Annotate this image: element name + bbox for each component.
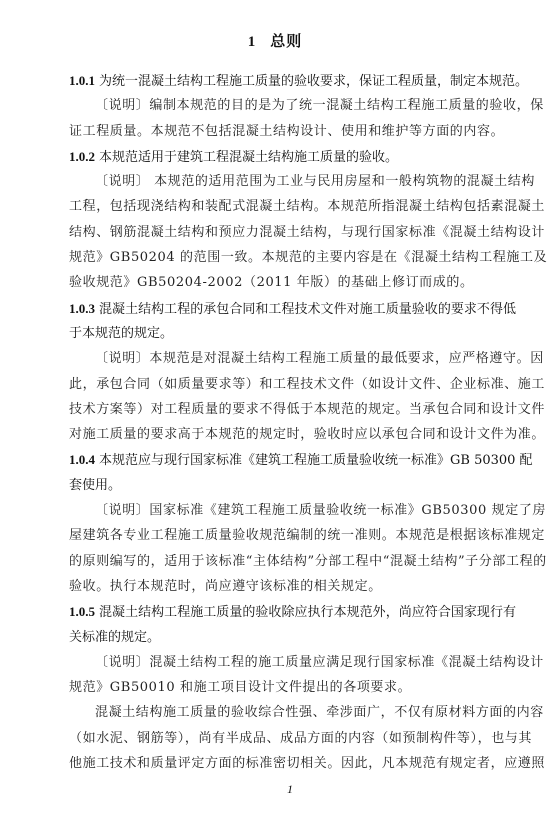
text-line: 于本规范的规定。 [69,321,516,346]
clause-line: 1.0.5混凝土结构工程施工质量的验收除应执行本规范外，尚应符合国家现行有 [69,599,516,624]
clause-line: 1.0.3混凝土结构工程的承包合同和工程技术文件对施工质量验收的要求不得低 [69,296,516,321]
line-text: 的原则编写的，适用于该标准“主体结构”分部工程中“混凝土结构”子分部工程的 [69,554,547,569]
line-text: 技术方案等）对工程质量的要求不得低于本规范的规定。当承包合同和设计文件 [69,402,545,417]
line-text: 于本规范的规定。 [69,326,173,341]
explanation-line: 此，承包合同（如质量要求等）和工程技术文件（如设计文件、企业标准、施工 [69,372,516,397]
explanation-line: 混凝土结构施工质量的验收综合性强、牵涉面广，不仅有原材料方面的内容 [69,700,516,725]
line-text: 结构、钢筋混凝土结构和预应力混凝土结构，与现行国家标准《混凝土结构设计 [69,225,545,240]
line-text: 对施工质量的要求高于本规范的规定时，验收时应以承包合同和设计文件为准。 [69,427,545,442]
explanation-line: 的原则编写的，适用于该标准“主体结构”分部工程中“混凝土结构”子分部工程的 [69,549,516,574]
explanation-line: 他施工技术和质量评定方面的标准密切相关。因此，凡本规范有规定者，应遵照 [69,751,516,776]
explanation-line: 结构、钢筋混凝土结构和预应力混凝土结构，与现行国家标准《混凝土结构设计 [69,220,516,245]
line-text: 混凝土结构工程的承包合同和工程技术文件对施工质量验收的要求不得低 [99,302,516,317]
line-text: 验收。执行本规范时，尚应遵守该标准的相关规定。 [69,579,382,594]
clause-number: 1.0.4 [69,452,95,467]
chapter-title-text: 总则 [270,32,302,50]
line-text: 混凝土结构工程施工质量的验收除应执行本规范外，尚应符合国家现行有 [99,605,516,620]
line-text: 规范》GB50204 的范围一致。本规范的主要内容是在《混凝土结构工程施工及 [69,250,547,265]
explanation-line: 〔说明〕混凝土结构工程的施工质量应满足现行国家标准《混凝土结构设计 [69,650,516,675]
line-text: 关标准的规定。 [69,630,160,645]
clause-line: 1.0.2本规范适用于建筑工程混凝土结构施工质量的验收。 [69,144,516,169]
line-text: 为统一混凝土结构工程施工质量的验收要求，保证工程质量，制定本规范。 [99,74,528,89]
explanation-line: 〔说明〕编制本规范的目的是为了统一混凝土结构工程施工质量的验收，保 [69,93,516,118]
clause-number: 1.0.1 [69,73,95,88]
line-text: 本规范适用于建筑工程混凝土结构施工质量的验收。 [99,150,398,165]
line-text: 套使用。 [69,478,121,493]
explanation-line: （如水泥、钢筋等），尚有半成品、成品方面的内容（如预制构件等），也与其 [69,726,516,751]
explanation-line: 工程，包括现浇结构和装配式混凝土结构。本规范所指混凝土结构包括素混凝土 [69,194,516,219]
line-text: 〔说明〕混凝土结构工程的施工质量应满足现行国家标准《混凝土结构设计 [95,655,544,670]
text-line: 关标准的规定。 [69,625,516,650]
explanation-line: 验收。执行本规范时，尚应遵守该标准的相关规定。 [69,574,516,599]
explanation-line: 对施工质量的要求高于本规范的规定时，验收时应以承包合同和设计文件为准。 [69,422,516,447]
clause-number: 1.0.2 [69,149,95,164]
line-text: 此，承包合同（如质量要求等）和工程技术文件（如设计文件、企业标准、施工 [69,377,545,392]
line-text: 〔说明〕国家标准《建筑工程施工质量验收统一标准》GB50300 规定了房 [95,503,546,518]
explanation-line: 规范》GB50204 的范围一致。本规范的主要内容是在《混凝土结构工程施工及 [69,245,516,270]
document-body: 1.0.1为统一混凝土结构工程施工质量的验收要求，保证工程质量，制定本规范。〔说… [69,68,516,776]
clause-number: 1.0.3 [69,301,95,316]
explanation-line: 规范》GB50010 和施工项目设计文件提出的各项要求。 [69,675,516,700]
clause-line: 1.0.1为统一混凝土结构工程施工质量的验收要求，保证工程质量，制定本规范。 [69,68,516,93]
line-text: 屋建筑各专业工程施工质量验收规范编制的统一准则。本规范是根据该标准规定 [69,528,545,543]
explanation-line: 〔说明〕本规范是对混凝土结构工程施工质量的最低要求，应严格遵守。因 [69,346,516,371]
line-text: 工程，包括现浇结构和装配式混凝土结构。本规范所指混凝土结构包括素混凝土 [69,199,545,214]
line-text: （如水泥、钢筋等），尚有半成品、成品方面的内容（如预制构件等），也与其 [69,731,532,746]
line-text: 证工程质量。本规范不包括混凝土结构设计、使用和维护等方面的内容。 [69,124,504,139]
clause-number: 1.0.5 [69,604,95,619]
line-text: 本规范应与现行国家标准《建筑工程施工质量验收统一标准》GB 50300 配 [99,453,533,468]
line-text: 他施工技术和质量评定方面的标准密切相关。因此，凡本规范有规定者，应遵照 [69,756,545,771]
explanation-line: 验收规范》GB50204-2002（2011 年版）的基础上修订而成的。 [69,270,516,295]
line-text: 混凝土结构施工质量的验收综合性强、牵涉面广，不仅有原材料方面的内容 [95,705,544,720]
explanation-line: 屋建筑各专业工程施工质量验收规范编制的统一准则。本规范是根据该标准规定 [69,523,516,548]
chapter-title: 1总则 [0,30,550,51]
page-number: 1 [0,782,550,797]
text-line: 套使用。 [69,473,516,498]
line-text: 规范》GB50010 和施工项目设计文件提出的各项要求。 [69,680,411,695]
line-text: 验收规范》GB50204-2002（2011 年版）的基础上修订而成的。 [69,275,474,290]
explanation-line: 技术方案等）对工程质量的要求不得低于本规范的规定。当承包合同和设计文件 [69,397,516,422]
explanation-line: 〔说明〕国家标准《建筑工程施工质量验收统一标准》GB50300 规定了房 [69,498,516,523]
explanation-line: 证工程质量。本规范不包括混凝土结构设计、使用和维护等方面的内容。 [69,119,516,144]
chapter-number: 1 [248,34,257,50]
line-text: 〔说明〕编制本规范的目的是为了统一混凝土结构工程施工质量的验收，保 [95,98,544,113]
clause-line: 1.0.4本规范应与现行国家标准《建筑工程施工质量验收统一标准》GB 50300… [69,447,516,472]
line-text: 〔说明〕本规范是对混凝土结构工程施工质量的最低要求，应严格遵守。因 [95,351,544,366]
line-text: 〔说明〕 本规范的适用范围为工业与民用房屋和一般构筑物的混凝土结构 [95,174,535,189]
explanation-line: 〔说明〕 本规范的适用范围为工业与民用房屋和一般构筑物的混凝土结构 [69,169,516,194]
document-page: 1总则 1.0.1为统一混凝土结构工程施工质量的验收要求，保证工程质量，制定本规… [0,0,550,821]
